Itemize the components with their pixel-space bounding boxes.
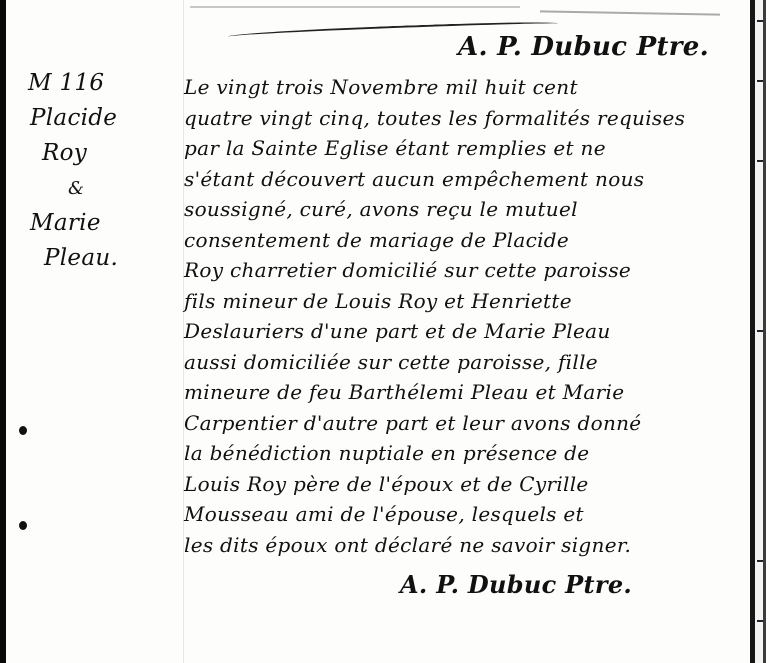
adjacent-page-edge — [763, 0, 766, 663]
record-line: Carpentier d'autre part et leur avons do… — [184, 408, 749, 439]
record-line: Louis Roy père de l'époux et de Cyrille — [184, 469, 749, 500]
punch-hole-mark — [19, 426, 27, 435]
previous-entry-fragment — [190, 0, 520, 8]
register-page: A. P. Dubuc Ptre. M 116 Placide Roy & Ma… — [0, 0, 770, 663]
edge-tick-mark — [757, 80, 763, 82]
record-line: les dits époux ont déclaré ne savoir sig… — [184, 530, 749, 561]
record-line: fils mineur de Louis Roy et Henriette — [184, 286, 749, 317]
edge-tick-mark — [757, 20, 763, 22]
margin-groom-first-name: Placide — [30, 101, 178, 136]
record-line: aussi domiciliée sur cette paroisse, fil… — [184, 347, 749, 378]
record-line: mineure de feu Barthélemi Pleau et Marie — [184, 377, 749, 408]
record-line: Roy charretier domicilié sur cette paroi… — [184, 255, 749, 286]
record-line: Mousseau ami de l'épouse, lesquels et — [184, 499, 749, 530]
record-line: Le vingt trois Novembre mil huit cent — [184, 72, 749, 103]
margin-bride-first-name: Marie — [30, 206, 178, 241]
record-line: soussigné, curé, avons reçu le mutuel — [184, 194, 749, 225]
separator-faint-line — [540, 10, 720, 15]
record-body: Le vingt trois Novembre mil huit cent qu… — [184, 72, 749, 560]
record-line: s'étant découvert aucun empêchement nous — [184, 164, 749, 195]
record-line: Deslauriers d'une part et de Marie Pleau — [184, 316, 749, 347]
margin-ampersand: & — [68, 171, 178, 206]
scan-left-border — [0, 0, 6, 663]
edge-tick-mark — [757, 620, 763, 622]
edge-tick-mark — [757, 330, 763, 332]
punch-hole-mark — [19, 521, 27, 530]
record-line: par la Sainte Eglise étant remplies et n… — [184, 133, 749, 164]
record-line: quatre vingt cinq, toutes les formalités… — [184, 103, 749, 134]
margin-groom-surname: Roy — [42, 136, 178, 171]
header-priest-signature: A. P. Dubuc Ptre. — [458, 32, 709, 62]
margin-bride-surname: Pleau. — [44, 241, 178, 276]
record-line: la bénédiction nuptiale en présence de — [184, 438, 749, 469]
margin-note: M 116 Placide Roy & Marie Pleau. — [28, 66, 178, 276]
edge-tick-mark — [757, 560, 763, 562]
margin-record-number: M 116 — [28, 66, 178, 101]
record-line: consentement de mariage de Placide — [184, 225, 749, 256]
edge-tick-mark — [757, 160, 763, 162]
closing-priest-signature: A. P. Dubuc Ptre. — [400, 570, 632, 599]
